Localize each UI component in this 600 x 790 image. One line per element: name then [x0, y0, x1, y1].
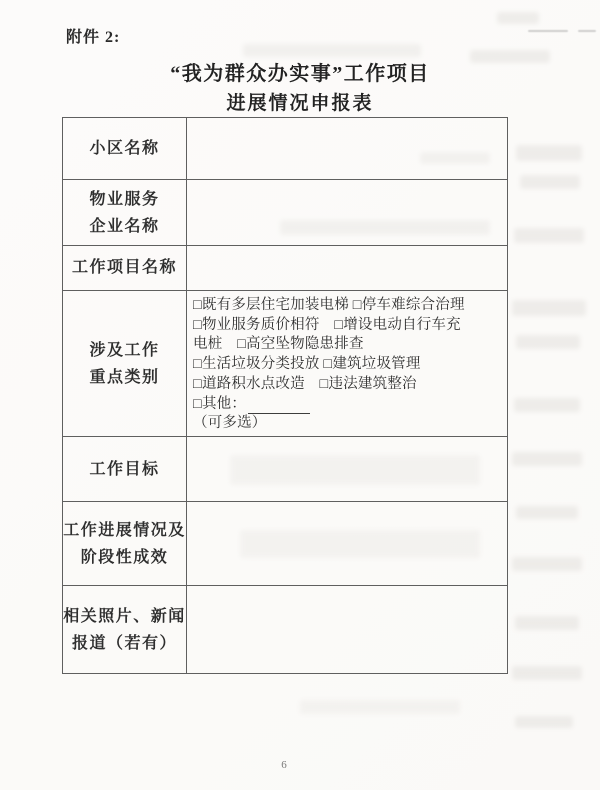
- bleedthrough-artifact: [528, 30, 568, 32]
- table-row-work-goal: 工作目标: [63, 437, 507, 502]
- row-value-work-goal: [187, 437, 507, 501]
- bleedthrough-artifact: [520, 175, 580, 189]
- bleedthrough-artifact: [515, 616, 579, 630]
- table-row-work-categories: 涉及工作 重点类别 □既有多层住宅加装电梯 □停车难综合治理 □物业服务质价相符…: [63, 291, 507, 437]
- category-other-label: □其他：: [193, 395, 246, 415]
- multi-select-note: （可多选）: [193, 414, 503, 434]
- category-options: □既有多层住宅加装电梯 □停车难综合治理 □物业服务质价相符 □增设电动自行车充…: [187, 291, 507, 434]
- bleedthrough-artifact: [514, 228, 584, 243]
- declaration-form-table: 小区名称 物业服务 企业名称 工作项目名称 涉及工作 重点类别 □既有多层住宅加…: [62, 117, 508, 674]
- bleedthrough-artifact: [516, 506, 578, 519]
- category-option-line: □既有多层住宅加装电梯 □停车难综合治理: [193, 296, 503, 316]
- bleedthrough-artifact: [512, 452, 582, 466]
- row-value-work-categories: □既有多层住宅加装电梯 □停车难综合治理 □物业服务质价相符 □增设电动自行车充…: [187, 291, 507, 436]
- row-label-property-company: 物业服务 企业名称: [63, 180, 187, 245]
- bleedthrough-artifact: [578, 30, 596, 32]
- row-value-photos-reports: [187, 586, 507, 673]
- bleedthrough-artifact: [512, 300, 586, 316]
- table-row-work-progress: 工作进展情况及 阶段性成效: [63, 502, 507, 586]
- row-value-community-name: [187, 118, 507, 179]
- document-title: “我为群众办实事”工作项目: [0, 57, 600, 86]
- bleedthrough-artifact: [243, 44, 421, 57]
- row-label-community-name: 小区名称: [63, 118, 187, 179]
- bleedthrough-artifact: [512, 557, 582, 571]
- bleedthrough-artifact: [514, 398, 580, 412]
- page-number: 6: [0, 759, 568, 771]
- category-option-line: □道路积水点改造 □违法建筑整治: [193, 375, 503, 395]
- row-label-work-goal: 工作目标: [63, 437, 187, 501]
- table-row-project-name: 工作项目名称: [63, 246, 507, 291]
- row-value-work-progress: [187, 502, 507, 585]
- bleedthrough-artifact: [515, 716, 573, 728]
- category-option-line: □物业服务质价相符 □增设电动自行车充: [193, 316, 503, 336]
- bleedthrough-artifact: [516, 145, 582, 161]
- document-subtitle: 进展情况申报表: [0, 88, 600, 115]
- scanned-page: 附件 2: “我为群众办实事”工作项目 进展情况申报表 小区名称 物业服务 企业…: [0, 0, 600, 790]
- bleedthrough-artifact: [512, 666, 582, 680]
- category-option-line: 电桩 □高空坠物隐患排查: [193, 335, 503, 355]
- table-row-community-name: 小区名称: [63, 118, 507, 180]
- row-label-work-progress: 工作进展情况及 阶段性成效: [63, 502, 187, 585]
- row-value-project-name: [187, 246, 507, 290]
- bleedthrough-artifact: [300, 700, 460, 714]
- category-option-line: □生活垃圾分类投放 □建筑垃圾管理: [193, 355, 503, 375]
- other-blank-underline: [248, 399, 310, 414]
- attachment-label: 附件 2:: [66, 24, 120, 47]
- table-row-property-company: 物业服务 企业名称: [63, 180, 507, 246]
- category-option-other: □其他：: [193, 395, 503, 415]
- row-label-project-name: 工作项目名称: [63, 246, 187, 290]
- row-value-property-company: [187, 180, 507, 245]
- bleedthrough-artifact: [497, 12, 539, 24]
- bleedthrough-artifact: [516, 335, 580, 349]
- row-label-work-categories: 涉及工作 重点类别: [63, 291, 187, 436]
- row-label-photos-reports: 相关照片、新闻 报道（若有）: [63, 586, 187, 673]
- table-row-photos-reports: 相关照片、新闻 报道（若有）: [63, 586, 507, 673]
